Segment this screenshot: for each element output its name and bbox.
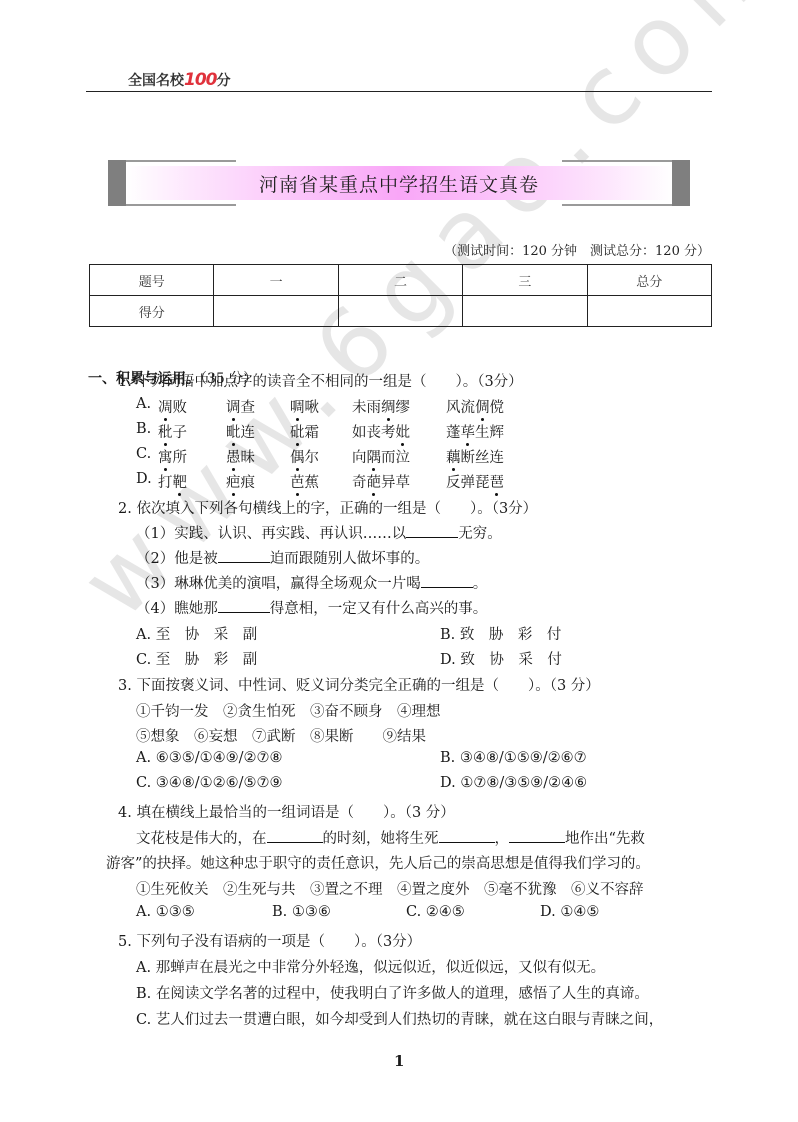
passage-text: ， <box>495 831 510 847</box>
title-banner: 河南省某重点中学招生语文真卷 <box>108 160 690 206</box>
q1-option-row: B.秕子毗连砒霜如丧考妣蓬荜生辉 <box>136 421 151 437</box>
q1-word: 向隅而泣 <box>352 446 410 467</box>
q3-choice-a: A. ⑥③⑤/①④⑨/②⑦⑧ <box>136 750 282 766</box>
header-cell: 总分 <box>587 265 711 296</box>
q4-choice-c: C. ②④⑤ <box>406 904 465 920</box>
passage-text: 文花枝是伟大的，在 <box>136 831 267 847</box>
q2-item-text: （2）他是被 <box>136 551 218 567</box>
q2-item-3: （3）琳琳优美的演唱，赢得全场观众一片喝。 <box>136 572 487 593</box>
choice-label: A. <box>136 627 151 643</box>
q3-choice-d: D. ①⑦⑧/③⑤⑨/②④⑥ <box>440 775 587 791</box>
page-header: 全国名校100分 <box>86 66 712 92</box>
banner-rule <box>562 204 672 206</box>
choice-text: ②④⑤ <box>426 904 465 920</box>
choice-label: C. <box>136 446 151 462</box>
q1-word: 寓所 <box>158 446 187 467</box>
brand-logo: 全国名校100分 <box>128 70 231 90</box>
answer-blank[interactable] <box>267 828 323 843</box>
q3-words-line-2: ⑤想象 ⑥妄想 ⑦武断 ⑧果断 ⑨结果 <box>136 725 426 746</box>
score-cell <box>587 296 711 327</box>
q2-choice-a: A. 至 协 采 副 <box>136 623 257 644</box>
question-5-stem: 5. 下列句子没有语病的一项是（ ）。（3分） <box>118 930 421 951</box>
q2-item-2: （2）他是被迫而跟随别人做坏事的。 <box>136 547 429 568</box>
q2-item-text: （4）瞧她那 <box>136 601 218 617</box>
q1-word: 愚昧 <box>226 446 255 467</box>
q1-word: 藕断丝连 <box>446 446 504 467</box>
choice-text: 至 协 采 副 <box>156 627 258 643</box>
choice-label: C. <box>136 652 151 668</box>
q1-word: 如丧考妣 <box>352 421 410 442</box>
q1-word: 凋败 <box>158 396 187 417</box>
q2-item-1: （1）实践、认识、再实践、再认识……以无穷。 <box>136 522 502 543</box>
q4-choice-a: A. ①③⑤ <box>136 904 195 920</box>
answer-blank[interactable] <box>218 598 270 613</box>
banner-rule <box>126 160 236 162</box>
header-cell: 一 <box>214 265 338 296</box>
q2-item-text: （3）琳琳优美的演唱，赢得全场观众一片喝 <box>136 576 421 592</box>
choice-label: D. <box>440 775 456 791</box>
q2-item-text: 无穷。 <box>458 526 502 542</box>
q2-item-4: （4）瞧她那得意相，一定又有什么高兴的事。 <box>136 597 487 618</box>
q2-item-text: 得意相，一定又有什么高兴的事。 <box>270 601 488 617</box>
banner-rule <box>562 160 672 162</box>
question-3-stem: 3. 下面按褒义词、中性词、贬义词分类完全正确的一组是（ ）。（3 分） <box>118 674 600 695</box>
score-table-header-row: 题号 一 二 三 总分 <box>90 265 712 296</box>
q1-word: 调查 <box>226 396 255 417</box>
q2-item-text: （1）实践、认识、再实践、再认识……以 <box>136 526 406 542</box>
q1-option-row: A.凋败调查啁啾未雨绸缪风流倜傥 <box>136 396 151 412</box>
choice-text: ③④⑧/①②⑥/⑤⑦⑨ <box>156 775 283 791</box>
question-2-stem: 2. 依次填入下列各句横线上的字，正确的一组是（ ）。（3分） <box>118 497 537 518</box>
answer-blank[interactable] <box>439 828 495 843</box>
brand-suffix: 分 <box>217 73 231 89</box>
choice-text: ③④⑧/①⑤⑨/②⑥⑦ <box>460 750 587 766</box>
choice-label: A. <box>136 904 151 920</box>
question-4-stem: 4. 填在横线上最恰当的一组词语是（ ）。（3 分） <box>118 801 455 822</box>
choice-label: D. <box>136 471 152 487</box>
q5-option-a: A. 那蝉声在晨光之中非常分外轻逸，似远似近，似近似远，又似有似无。 <box>136 956 605 977</box>
q4-passage-line-1: 文花枝是伟大的，在的时刻，她将生死，地作出“先救 <box>136 827 645 848</box>
banner-rule <box>126 204 236 206</box>
choice-label: D. <box>440 652 456 668</box>
score-cell <box>463 296 587 327</box>
choice-label: B. <box>272 904 287 920</box>
q1-word: 未雨绸缪 <box>352 396 410 417</box>
test-meta: （测试时间：120 分钟 测试总分：120 分） <box>444 240 710 259</box>
q1-option-row: C.寓所愚昧偶尔向隅而泣藕断丝连 <box>136 446 151 462</box>
q3-words-line-1: ①千钧一发 ②贪生怕死 ③奋不顾身 ④理想 <box>136 700 441 721</box>
q1-word: 砒霜 <box>290 421 319 442</box>
q1-word: 蓬荜生辉 <box>446 421 504 442</box>
answer-blank[interactable] <box>509 828 565 843</box>
choice-text: 致 胁 彩 付 <box>460 627 562 643</box>
score-cell <box>214 296 338 327</box>
page-number: 1 <box>394 1052 404 1070</box>
brand-text: 全国名校 <box>128 73 184 89</box>
q5-option-c: C. 艺人们过去一贯遭白眼，如今却受到人们热切的青睐，就在这白眼与青睐之间， <box>136 1008 663 1029</box>
q1-word: 反弹琵琶 <box>446 471 504 492</box>
choice-label: A. <box>136 750 151 766</box>
score-table: 题号 一 二 三 总分 得分 <box>89 264 712 327</box>
choice-text: ⑥③⑤/①④⑨/②⑦⑧ <box>156 750 283 766</box>
q4-words: ①生死攸关 ②生死与共 ③置之不理 ④置之度外 ⑤毫不犹豫 ⑥义不容辞 <box>136 878 644 899</box>
choice-text: ①③⑥ <box>292 904 331 920</box>
choice-label: C. <box>136 775 151 791</box>
page-title: 河南省某重点中学招生语文真卷 <box>108 170 690 197</box>
q3-choice-c: C. ③④⑧/①②⑥/⑤⑦⑨ <box>136 775 283 791</box>
row-label: 得分 <box>90 296 214 327</box>
choice-label: C. <box>406 904 421 920</box>
choice-label: B. <box>440 750 455 766</box>
choice-text: ①⑦⑧/③⑤⑨/②④⑥ <box>460 775 587 791</box>
q2-item-text: 迫而跟随别人做坏事的。 <box>270 551 430 567</box>
passage-text: 的时刻，她将生死 <box>323 831 439 847</box>
choice-label: D. <box>540 904 556 920</box>
choice-text: ①④⑤ <box>560 904 599 920</box>
header-cell: 三 <box>463 265 587 296</box>
q1-option-row: D.打靶疤痕芭蕉奇葩异草反弹琵琶 <box>136 471 152 487</box>
q1-word: 啁啾 <box>290 396 319 417</box>
q4-choice-b: B. ①③⑥ <box>272 904 331 920</box>
choice-label: A. <box>136 396 151 412</box>
brand-number: 100 <box>184 70 217 90</box>
q2-choice-d: D. 致 协 采 付 <box>440 648 562 669</box>
passage-text: 地作出“先救 <box>565 831 645 847</box>
q1-word: 芭蕉 <box>290 471 319 492</box>
q4-passage-line-2: 游客”的抉择。她这种忠于职守的责任意识，先人后己的崇高思想是值得我们学习的。 <box>106 852 650 873</box>
answer-blank[interactable] <box>218 548 270 563</box>
choice-text: 致 协 采 付 <box>460 652 562 668</box>
header-cell: 题号 <box>90 265 214 296</box>
q2-choice-c: C. 至 胁 彩 副 <box>136 648 257 669</box>
header-cell: 二 <box>338 265 462 296</box>
choice-text: ①③⑤ <box>156 904 195 920</box>
q2-choice-b: B. 致 胁 彩 付 <box>440 623 561 644</box>
choice-label: B. <box>136 421 151 437</box>
score-table-row: 得分 <box>90 296 712 327</box>
q1-word: 秕子 <box>158 421 187 442</box>
q1-word: 打靶 <box>158 471 187 492</box>
q1-word: 毗连 <box>226 421 255 442</box>
q1-word: 奇葩异草 <box>352 471 410 492</box>
score-cell <box>338 296 462 327</box>
q3-choice-b: B. ③④⑧/①⑤⑨/②⑥⑦ <box>440 750 587 766</box>
q1-word: 偶尔 <box>290 446 319 467</box>
choice-label: B. <box>440 627 455 643</box>
q4-choice-d: D. ①④⑤ <box>540 904 599 920</box>
q1-word: 疤痕 <box>226 471 255 492</box>
choice-text: 至 胁 彩 副 <box>156 652 258 668</box>
q2-item-text: 。 <box>473 576 488 592</box>
answer-blank[interactable] <box>406 523 458 538</box>
question-1-stem: 1. 下列词语中加点字的读音全不相同的一组是（ ）。（3分） <box>118 370 523 391</box>
q1-word: 风流倜傥 <box>446 396 504 417</box>
q5-option-b: B. 在阅读文学名著的过程中，使我明白了许多做人的道理，感悟了人生的真谛。 <box>136 982 649 1003</box>
answer-blank[interactable] <box>421 573 473 588</box>
